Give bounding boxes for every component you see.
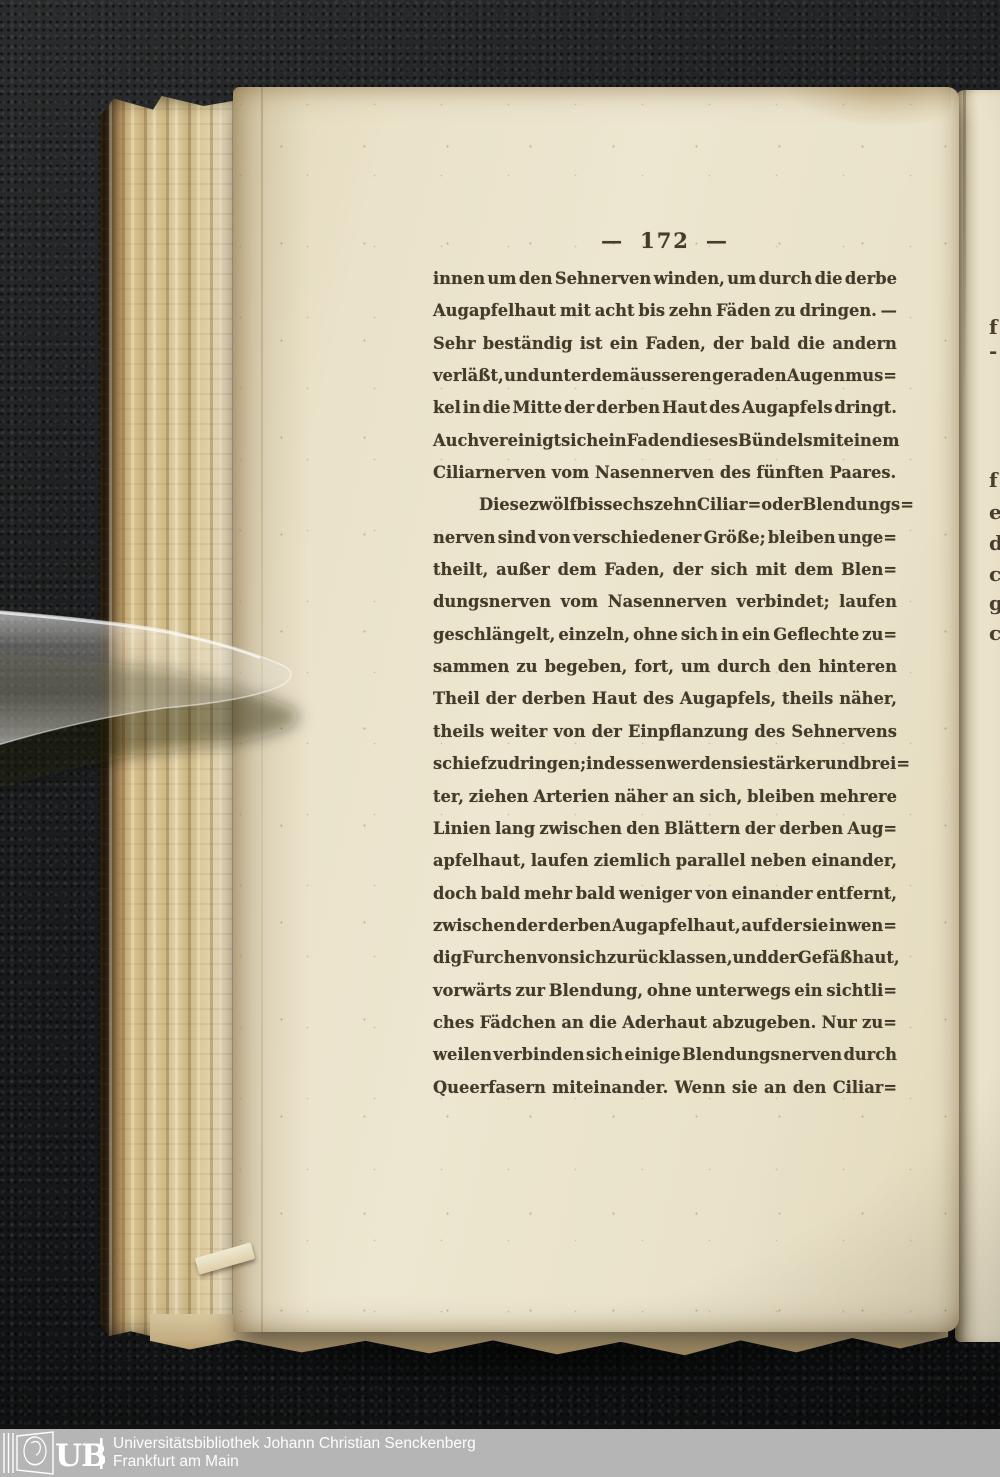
text-line: zwischenderderbenAugapfelhaut,aufdersiei… [433,916,897,948]
paper-gutter-shading [233,87,323,1332]
text-line: theilsweitervonderEinpflanzungdesSehnerv… [433,722,897,754]
page-number-dash-left: — [601,228,624,254]
text-line: AugapfelhautmitachtbiszehnFädenzudringen… [433,301,897,333]
text-line: weilenverbindensicheinigeBlendungsnerven… [433,1045,897,1077]
facing-page-glyph: c [989,621,1000,645]
page-fold-line [261,87,263,1332]
facing-page-glyph: f [989,315,1000,339]
text-line: LinienlangzwischendenBlätternderderbenAu… [433,819,897,851]
book-bottom-shadow [120,1342,966,1406]
page-number: — 172 — [433,228,897,254]
ub-logo: UB [1,1430,105,1476]
paper-stain-top-right [731,87,951,147]
text-line: dungsnervenvomNasennervenverbindet;laufe… [433,592,897,624]
banner-city: Frankfurt am Main [113,1453,476,1472]
text-line: TheilderderbenHautdesAugapfels,theilsnäh… [433,689,897,721]
facing-page-glyph: - [989,339,1000,363]
text-line: Queerfasernmiteinander.WennsieandenCilia… [433,1078,897,1110]
text-line: vorwärtszurBlendung,ohneunterwegseinsich… [433,981,897,1013]
text-line: DiesezwölfbissechszehnCiliar=oderBlendun… [433,495,897,527]
text-line: dochbaldmehrbaldwenigervoneinanderentfer… [433,884,897,916]
text-block: innenumdenSehnervenwinden,umdurchdiederb… [433,269,897,1110]
banner-text: Universitätsbibliothek Johann Christian … [113,1435,476,1472]
book-scan-viewport: f-fedcgc — 172 — innenumdenSehnervenwind… [0,0,1000,1477]
text-line: AuchvereinigtsicheinFadendiesesBündelsmi… [433,431,897,463]
text-line: SehrbeständigisteinFaden,derbalddieander… [433,334,897,366]
text-line: nervensindvonverschiedenerGröße;bleibenu… [433,528,897,560]
text-line: schiefzudringen;indessenwerdensiestärker… [433,754,897,786]
text-line: theilt,außerdemFaden,dersichmitdemBlen= [433,560,897,592]
logo-ub-text: UB [55,1438,105,1474]
logo-portrait-icon [24,1437,46,1465]
facing-page-crease [963,90,966,390]
page-number-dash-right: — [706,228,729,254]
text-line: innenumdenSehnervenwinden,umdurchdiederb… [433,269,897,301]
text-line: verläßt,undunterdemäusserengeradenAugenm… [433,366,897,398]
facing-page-edge: f-fedcgc [955,90,1000,1342]
page-edge-stack [100,96,240,1340]
banner-library-name: Universitätsbibliothek Johann Christian … [113,1435,476,1454]
text-line: chesFädchenandieAderhautabzugeben.Nurzu= [433,1013,897,1045]
facing-page-glyph: d [989,531,1000,555]
facing-page-glyph: c [989,562,1000,586]
text-line: geschlängelt,einzeln,ohnesichineinGeflec… [433,625,897,657]
library-banner: UB Universitätsbibliothek Johann Christi… [0,1429,1000,1477]
text-line: digFurchenvonsichzurücklassen,undderGefä… [433,948,897,980]
logo-divider [100,1438,103,1469]
facing-page-glyph: g [989,591,1000,615]
text-line: Ciliarnerven vom Nasennerven des fünften… [433,463,897,495]
page-number-value: 172 [640,228,690,254]
text-line: apfelhaut,laufenziemlichparallelnebenein… [433,851,897,883]
facing-page-glyph: f [989,468,1000,492]
text-line: ter,ziehenArteriennäheransich,bleibenmeh… [433,787,897,819]
facing-page-glyph: e [989,500,1000,524]
text-line: kelindieMittederderbenHautdesAugapfelsdr… [433,398,897,430]
text-line: sammenzubegeben,fort,umdurchdenhinteren [433,657,897,689]
